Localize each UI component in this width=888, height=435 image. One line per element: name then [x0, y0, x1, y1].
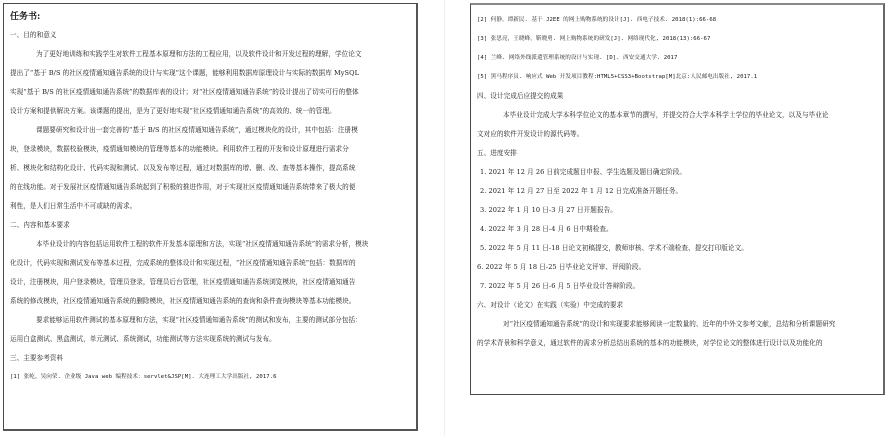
section-heading-purpose: 一、目的和意义 [10, 26, 410, 45]
document-page-right: [2] 何静，谭新民. 基于 J2EE 的网上购物系统的设计[J]. 西电子技术… [470, 3, 885, 395]
paragraph-line: 文对应的软件开发设计的源代码等。 [477, 125, 877, 144]
document-page-left: 任务书: 一、目的和意义 为了更好地训练和实践学生对软件工程基本原理和方法的工程… [3, 3, 418, 431]
paragraph-line: 系统的修改模块，社区疫情通知通告系统的删除模块，社区疫情通知通告系统的查询和条件… [10, 292, 410, 311]
schedule-item: 4. 2022 年 3 月 28 日-4 月 6 日中期检查。 [477, 220, 877, 239]
schedule-item: 5. 2022 年 5 月 11 日-18 日论文初稿提交，教师审核、学术不端检… [477, 239, 877, 258]
paragraph-line: 设计，注册模块，用户登录模块，管理员登录，管理员后台管理，社区疫情通知通告系统浏… [10, 273, 410, 292]
paragraph-line: 课题要研究和设计出一套完善的“基于 B/S 的社区疫情通知通告系统”，通过模块化… [10, 121, 410, 140]
section-heading-requirements: 六、对设计（论文）在实践（实验）中完成的要求 [477, 296, 877, 315]
paragraph-line: 的学术背景和科学意义，通过软件的需求分析总结出系统的基本的功能模块，对学位论文的… [477, 334, 877, 353]
reference-item: [1] 张屹，吴向荣. 企业级 Java web 编程技术：servlet&JS… [10, 368, 410, 387]
paragraph-line: 本毕业设计的内容包括运用软件工程的软件开发基本原理和方法，实现“社区疫情通知通告… [10, 235, 410, 254]
section-heading-deliverables: 四、设计完成后应提交的成果 [477, 87, 877, 106]
section-heading-references: 三、主要参考资料 [10, 349, 410, 368]
paragraph-line: 设计方案和提供解决方案。该课题的提出，是为了更好地实现“社区疫情通知通告系统”的… [10, 102, 410, 121]
paragraph-line: 的在线功能。对于发展社区疫情通知通告系统起到了积极的推进作用，对于实现社区疫情通… [10, 178, 410, 197]
schedule-item: 3. 2022 年 1 月 10 日-3 月 27 日开题报告。 [477, 201, 877, 220]
schedule-item: 2. 2021 年 12 月 27 日至 2022 年 1 月 12 日完成准备… [477, 182, 877, 201]
page-title: 任务书: [10, 8, 410, 26]
paragraph-line: 析、模块化和结构化设计、代码实现和测试、以及发布等过程，通过对数据库的增、删、改… [10, 159, 410, 178]
paragraph-line: 运用白盒测试、黑盒测试，单元测试、系统测试，功能测试等方法实现系统的测试与发布。 [10, 330, 410, 349]
paragraph-line: 对“社区疫情通知通告系统”的设计和实现要求能够阅读一定数量的、近年的中外文参考文… [477, 315, 877, 334]
reference-item: [3] 张思亮，王晓峰，靳晓勇. 网上购物系统的研发[J]. 网络现代化, 20… [477, 30, 877, 49]
reference-item: [4] 兰峰. 网络外线派遣管理系统的设计与实现. [D]. 西安交通大学. 2… [477, 49, 877, 68]
paragraph-line: 化设计，代码实现和测试发布等基本过程，完成系统的整体设计和实现过程，“社区疫情通… [10, 254, 410, 273]
schedule-item: 1. 2021 年 12 月 26 日前完成题目申报、学生选题及题目确定阶段。 [477, 163, 877, 182]
page-gap-divider [444, 0, 445, 435]
paragraph-line: 为了更好地训练和实践学生对软件工程基本原理和方法的工程应用，以及软件设计和开发过… [10, 45, 410, 64]
paragraph-line: 利性，是人们日常生活中不可或缺的需求。 [10, 197, 410, 216]
schedule-item: 7. 2022 年 5 月 26 日-6 月 5 日毕业设计答辩阶段。 [477, 277, 877, 296]
section-heading-schedule: 五、进度安排 [477, 144, 877, 163]
paragraph-line: 本毕业设计完成大学本科学位论文的基本章节的撰写，并提交符合大学本科学士学位的毕业… [477, 106, 877, 125]
section-heading-content: 二、内容和基本要求 [10, 216, 410, 235]
paragraph-line: 要求能够运用软件测试的基本原理和方法，实现“社区疫情通知通告系统”的测试和发布，… [10, 311, 410, 330]
paragraph-line: 实现“基于 B/S 的社区疫情通知通告系统”的数据库表的设计；对“社区疫情通知通… [10, 83, 410, 102]
reference-item: [2] 何静，谭新民. 基于 J2EE 的网上购物系统的设计[J]. 西电子技术… [477, 11, 877, 30]
paragraph-line: 块，登录模块，数据校验模块，疫情通知模块的管理等基本的功能模块。利用软件工程的开… [10, 140, 410, 159]
paragraph-line: 提出了“基于 B/S 的社区疫情通知通告系统的设计与实现”这个课题，能够利用数据… [10, 64, 410, 83]
reference-item: [5] 黑马程序员. 响应式 Web 开发项目教程:HTML5+CSS3+Boo… [477, 68, 877, 87]
schedule-item: 6. 2022 年 5 月 18 日-25 日毕业论文评审、评阅阶段。 [477, 258, 877, 277]
